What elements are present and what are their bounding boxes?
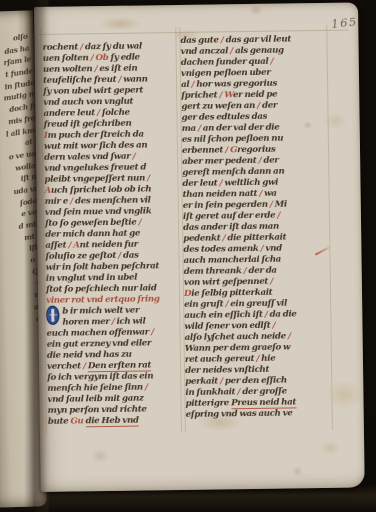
red-virgule: /: [219, 178, 222, 188]
red-virgule: /: [256, 354, 259, 364]
red-virgule: /: [91, 53, 94, 63]
red-virgule: /: [219, 90, 222, 100]
manuscript-text-line: bute Gu die Heb vnd: [48, 415, 182, 428]
manuscript-photo: olſodas harſam let fundein ſtudemutig md…: [0, 0, 376, 512]
red-virgule: /: [80, 42, 83, 52]
red-virgule: /: [118, 75, 121, 85]
red-virgule: /: [68, 241, 71, 251]
red-virgule: /: [225, 299, 228, 309]
red-virgule: /: [260, 244, 263, 254]
rubricated-text: A: [73, 240, 80, 250]
initial-letter: O: [46, 306, 47, 307]
red-virgule: /: [258, 156, 261, 166]
rubricated-text: Ob: [95, 53, 108, 63]
red-virgule: /: [112, 317, 115, 327]
red-virgule: /: [272, 321, 275, 331]
red-virgule: /: [265, 310, 268, 320]
red-virgule: /: [151, 327, 154, 337]
folio-number: 165: [331, 14, 359, 31]
rubricated-text: D: [184, 289, 191, 299]
rubricated-text: G: [230, 145, 237, 155]
rubricated-text: Gu: [70, 416, 83, 426]
blue-lombard-initial: O: [46, 306, 59, 325]
red-underlined-text: Den erſten rat: [88, 360, 151, 372]
rubricated-text: I: [44, 131, 48, 141]
red-virgule: /: [237, 387, 240, 397]
red-virgule: /: [225, 145, 228, 155]
red-virgule: /: [94, 64, 97, 74]
red-virgule: /: [147, 173, 150, 183]
red-virgule: /: [132, 152, 135, 162]
red-virgule: /: [83, 361, 86, 371]
red-underlined-text: die Heb vnd: [85, 416, 138, 428]
red-virgule: /: [277, 211, 280, 221]
red-virgule: /: [243, 266, 246, 276]
manuscript-text-line: eſpring vnd was auch ve: [186, 408, 332, 421]
red-virgule: /: [222, 233, 225, 243]
red-virgule: /: [270, 57, 273, 67]
red-virgule: /: [270, 200, 273, 210]
manuscript-page: 165 rochent / daz ſy du waluen ſolten / …: [34, 2, 365, 491]
red-virgule: /: [198, 124, 201, 134]
red-virgule: /: [97, 108, 100, 118]
text-column-left: rochent / daz ſy du waluen ſolten / Ob ſ…: [43, 41, 182, 428]
red-virgule: /: [221, 35, 224, 45]
rubricated-text: W: [224, 90, 233, 100]
red-virgule: /: [270, 277, 273, 287]
red-virgule: /: [230, 46, 233, 56]
text-column-right: das gute / das gar vil leutvnd anczal / …: [180, 34, 331, 421]
red-underlined-text: Preus neid hat: [231, 397, 296, 409]
red-virgule: /: [220, 376, 223, 386]
rubricated-text: A: [44, 186, 51, 196]
red-virgule: /: [257, 101, 260, 111]
red-virgule: /: [288, 331, 291, 341]
red-virgule: /: [259, 189, 262, 199]
rubricated-text: t: [5, 70, 9, 79]
red-virgule: /: [145, 382, 148, 392]
red-virgule: /: [70, 196, 73, 206]
red-virgule: /: [191, 80, 194, 90]
red-virgule: /: [118, 251, 121, 261]
red-virgule: /: [138, 218, 141, 228]
